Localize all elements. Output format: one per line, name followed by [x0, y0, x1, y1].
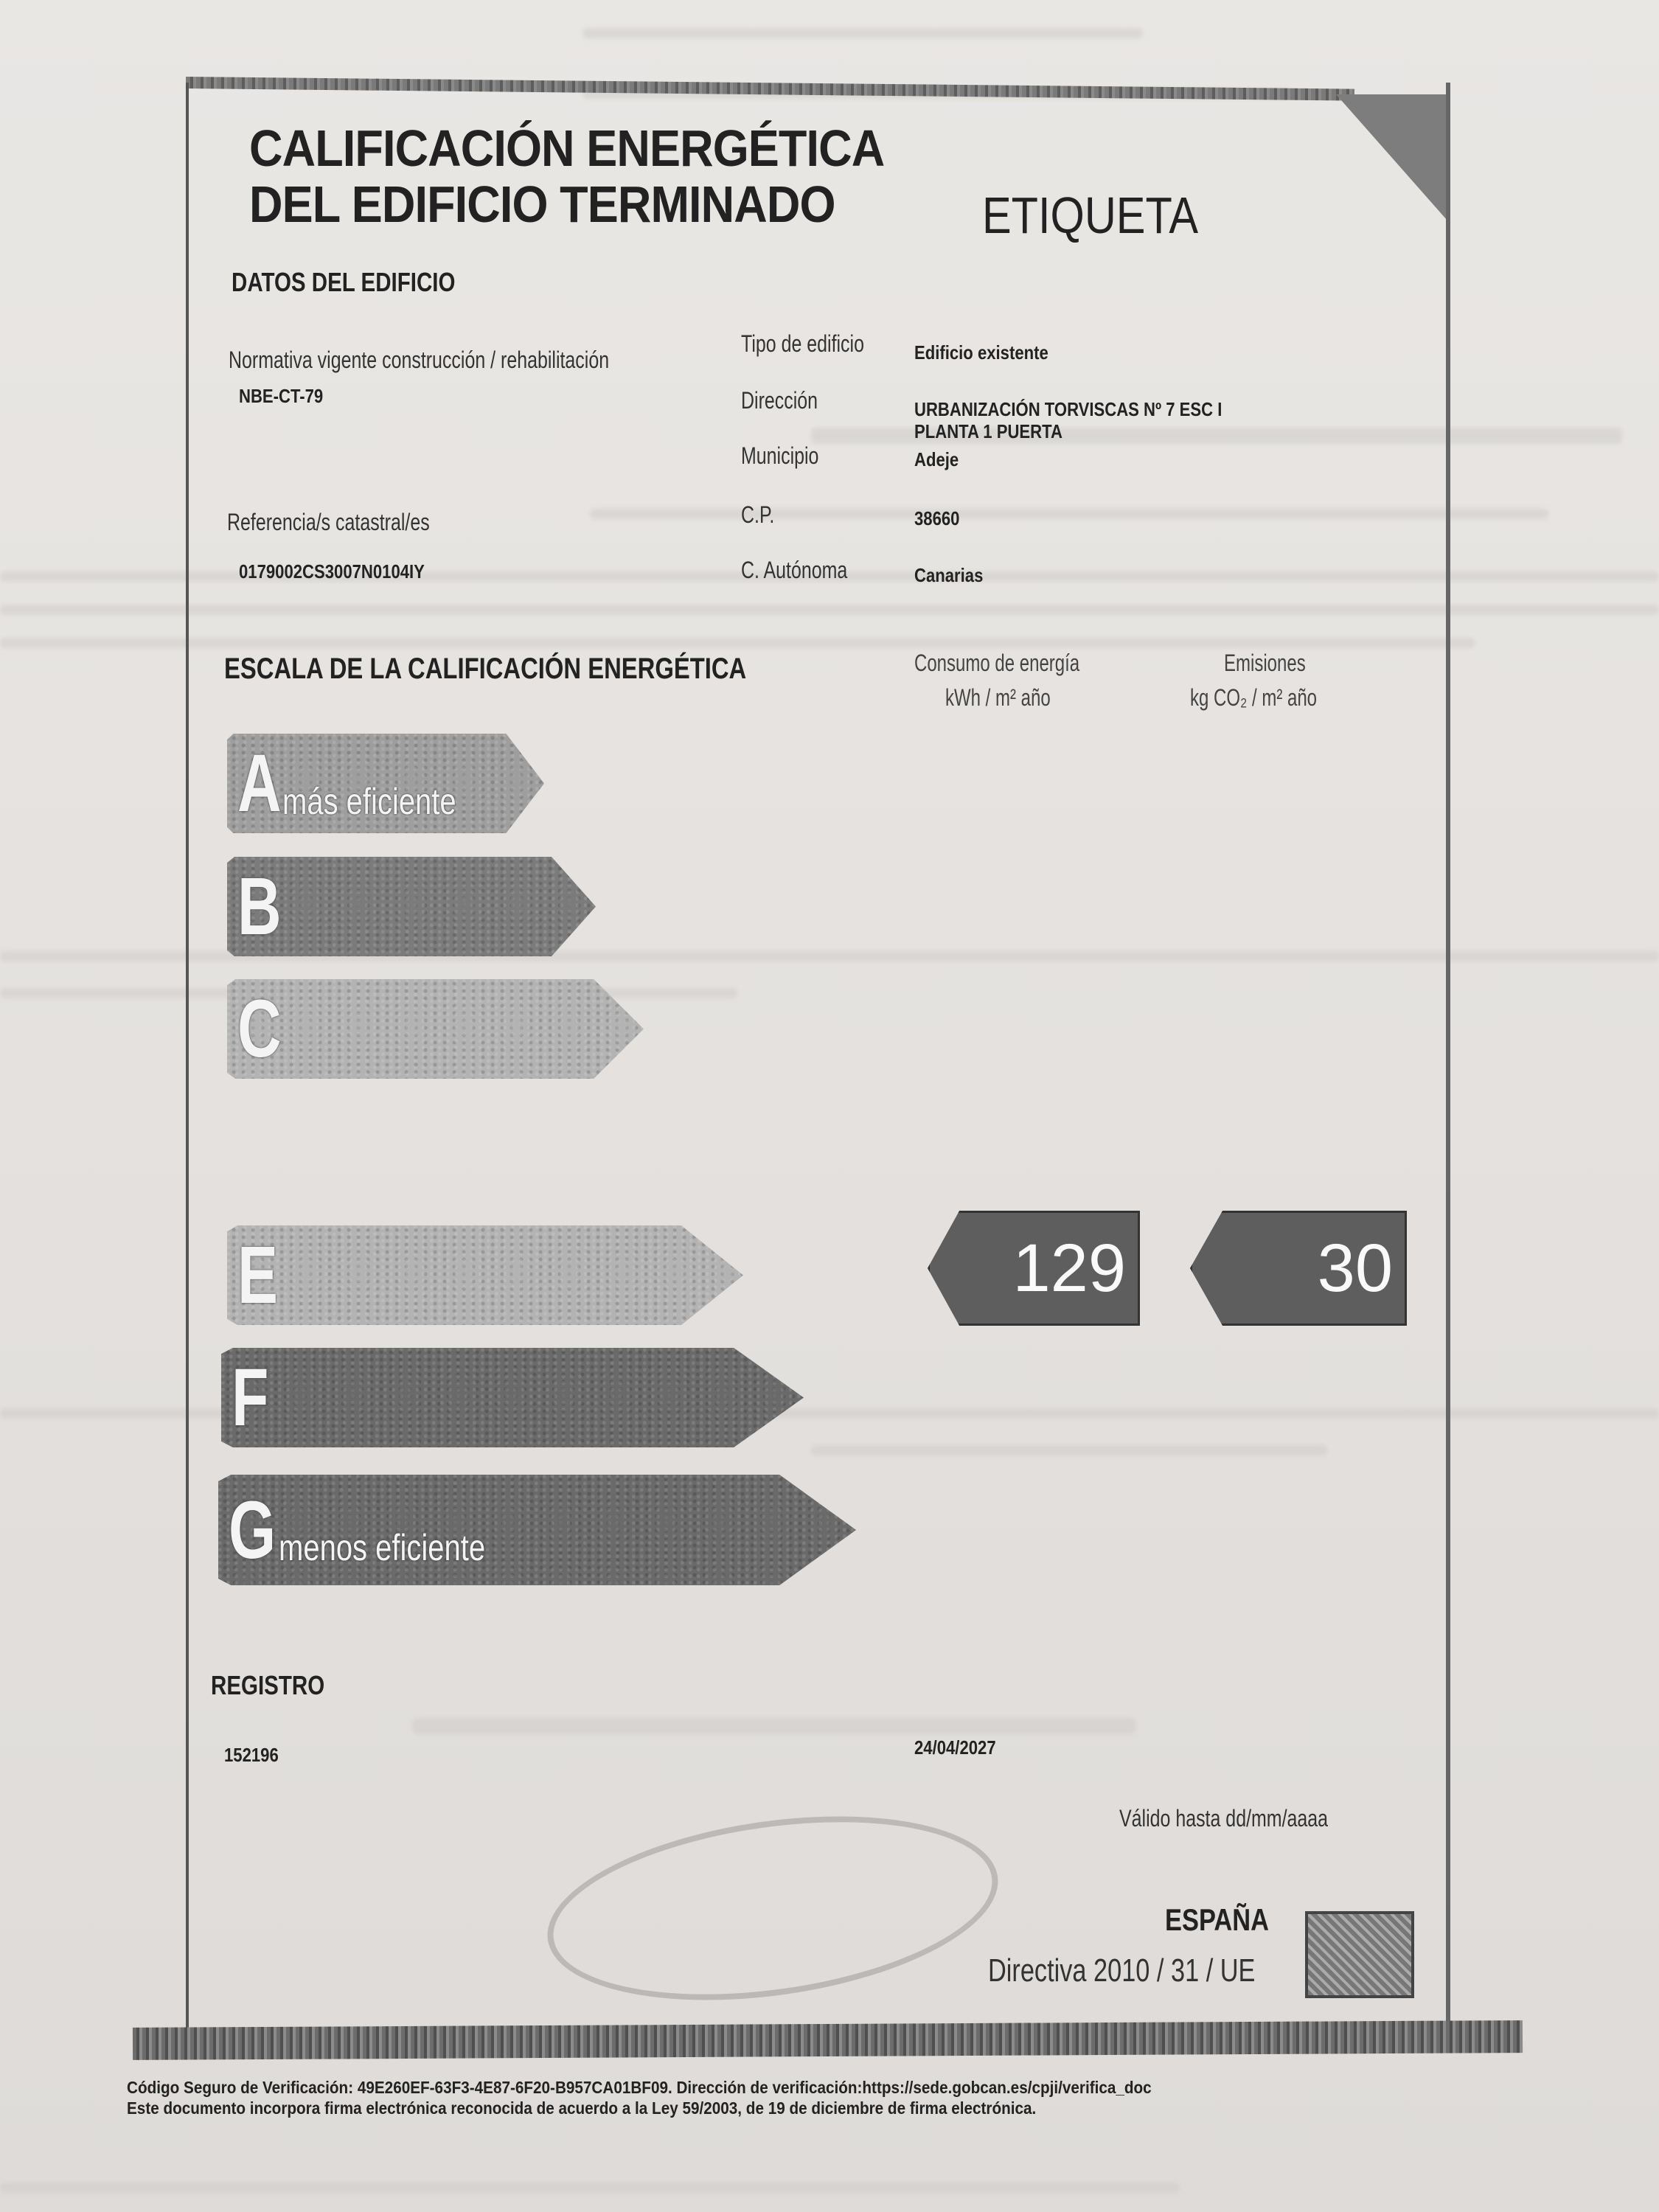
rating-letter-b: B — [237, 860, 282, 953]
registry-date: 24/04/2027 — [914, 1736, 996, 1759]
rating-letter-g: G — [229, 1484, 276, 1577]
cadastral-value: 0179002CS3007N0104IY — [239, 560, 425, 582]
qr-code-icon — [1305, 1911, 1414, 1998]
field-label-region: C. Autónoma — [741, 557, 847, 584]
label-type: ETIQUETA — [982, 186, 1198, 245]
field-value-postal-code: 38660 — [914, 507, 959, 529]
rating-sub-g: menos eficiente — [279, 1526, 485, 1569]
emissions-value: 30 — [1318, 1230, 1405, 1307]
title-line-1: CALIFICACIÓN ENERGÉTICA — [249, 119, 884, 177]
rating-bar-f: F — [221, 1348, 804, 1447]
field-value-address: URBANIZACIÓN TORVISCAS Nº 7 ESC I — [914, 398, 1222, 420]
registry-heading: REGISTRO — [211, 1670, 324, 1701]
field-label-address: Dirección — [741, 387, 818, 414]
title-line-2: DEL EDIFICIO TERMINADO — [249, 175, 835, 233]
rating-letter-e: E — [237, 1228, 278, 1322]
rating-bar-g: G menos eficiente — [218, 1475, 856, 1585]
valid-until: Válido hasta dd/mm/aaaa — [1119, 1805, 1328, 1832]
field-value-building-type: Edificio existente — [914, 341, 1048, 364]
field-value-municipality: Adeje — [914, 448, 959, 470]
country-label: ESPAÑA — [1165, 1902, 1269, 1938]
consumption-value: 129 — [1013, 1230, 1138, 1307]
rating-letter-f: F — [232, 1351, 268, 1444]
rating-letter-a: A — [237, 737, 282, 830]
rating-bar-a: A más eficiente — [227, 734, 544, 833]
rating-bar-b: B — [227, 857, 596, 956]
emissions-value-arrow: 30 — [1190, 1211, 1407, 1326]
field-label-building-type: Tipo de edificio — [741, 330, 864, 358]
directive-label: Directiva 2010 / 31 / UE — [988, 1952, 1255, 1989]
registry-number: 152196 — [224, 1744, 279, 1766]
consumption-unit: kWh / m² año — [945, 682, 1051, 713]
rating-sub-a: más eficiente — [282, 780, 456, 823]
rating-bar-c: C — [227, 979, 644, 1079]
consumption-value-arrow: 129 — [928, 1211, 1140, 1326]
rating-bar-e: E — [227, 1225, 743, 1325]
field-label-postal-code: C.P. — [741, 501, 774, 529]
cadastral-label: Referencia/s catastral/es — [227, 509, 430, 536]
emissions-unit: kg CO₂ / m² año — [1190, 682, 1317, 713]
regulation-label: Normativa vigente construcción / rehabil… — [229, 347, 609, 374]
field-value-region: Canarias — [914, 564, 983, 586]
scale-heading: ESCALA DE LA CALIFICACIÓN ENERGÉTICA — [224, 653, 746, 686]
verification-code: Código Seguro de Verificación: 49E260EF-… — [127, 2078, 1152, 2098]
regulation-value: NBE-CT-79 — [239, 385, 323, 407]
electronic-signature-note: Este documento incorpora firma electróni… — [127, 2098, 1036, 2118]
emissions-header: Emisiones — [1224, 647, 1306, 678]
rating-letter-c: C — [237, 982, 282, 1076]
field-value-address-line2: PLANTA 1 PUERTA — [914, 420, 1062, 442]
field-label-municipality: Municipio — [741, 442, 818, 470]
consumption-header: Consumo de energía — [914, 647, 1079, 678]
building-data-heading: DATOS DEL EDIFICIO — [232, 267, 455, 298]
